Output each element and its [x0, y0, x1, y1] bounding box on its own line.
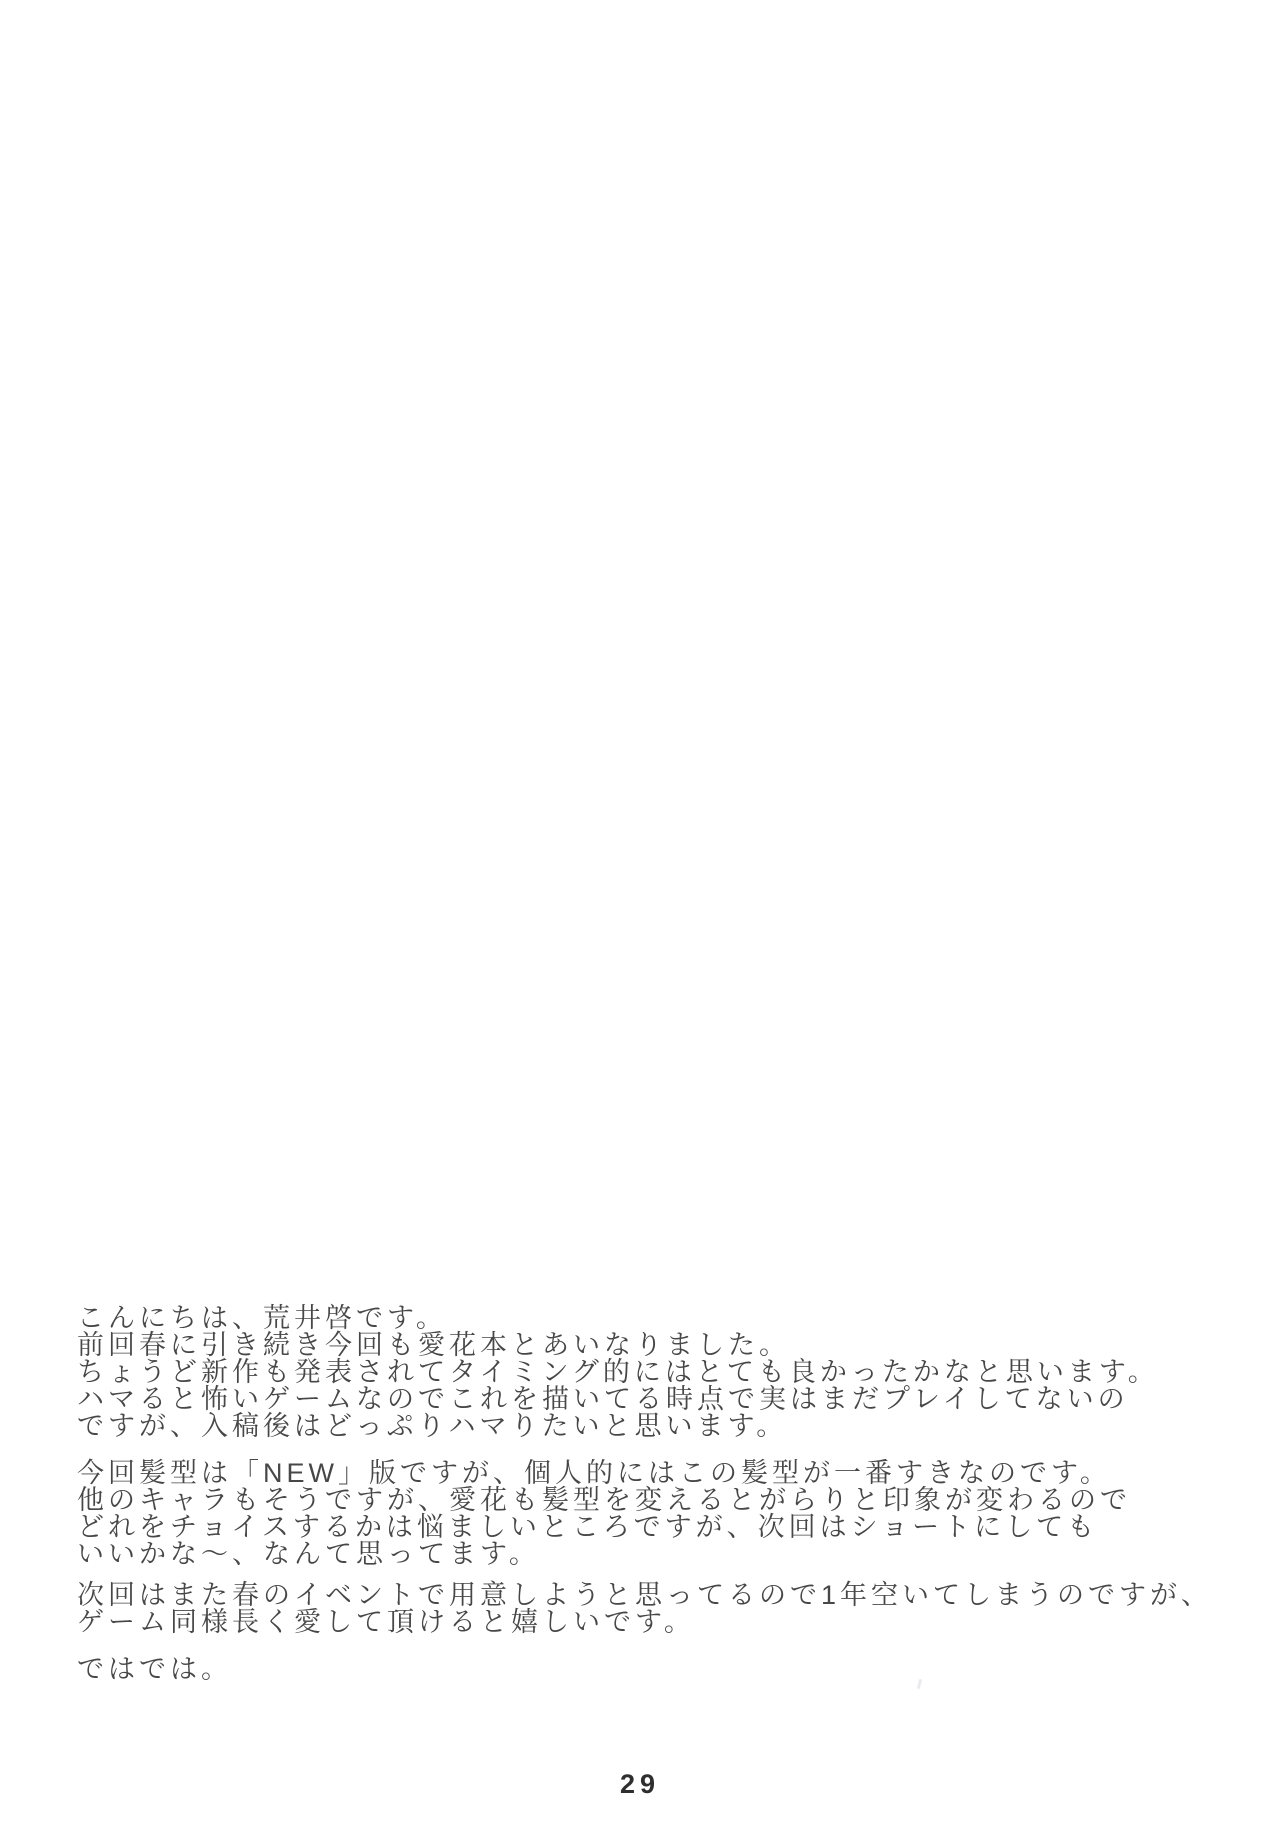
text-line: どれをチョイスするかは悩ましいところですが、次回はショートにしても	[77, 1514, 1212, 1541]
afterword-paragraph-4: ではでは。	[77, 1656, 1212, 1683]
afterword-paragraph-2: 今回髪型は「NEW」版ですが、個人的にはこの髪型が一番すきなのです。 他のキャラ…	[77, 1460, 1212, 1568]
text-line: ちょうど新作も発表されてタイミング的にはとても良かったかなと思います。	[77, 1359, 1212, 1386]
afterword-text-block: こんにちは、荒井啓です。 前回春に引き続き今回も愛花本とあいなりました。 ちょう…	[77, 1305, 1212, 1683]
afterword-paragraph-1: こんにちは、荒井啓です。 前回春に引き続き今回も愛花本とあいなりました。 ちょう…	[77, 1305, 1212, 1440]
afterword-paragraph-3: 次回はまた春のイベントで用意しようと思ってるので1年空いてしまうのですが、 ゲー…	[77, 1582, 1212, 1636]
text-line: 今回髪型は「NEW」版ですが、個人的にはこの髪型が一番すきなのです。	[77, 1460, 1212, 1487]
text-line: ですが、入稿後はどっぷりハマりたいと思います。	[77, 1413, 1212, 1440]
page-number: 29	[0, 1771, 1280, 1798]
text-line: 前回春に引き続き今回も愛花本とあいなりました。	[77, 1332, 1212, 1359]
text-line: いいかな〜、なんて思ってます。	[77, 1541, 1212, 1568]
text-line: こんにちは、荒井啓です。	[77, 1305, 1212, 1332]
text-line: ゲーム同様長く愛して頂けると嬉しいです。	[77, 1609, 1212, 1636]
scan-speck-artifact	[917, 1679, 922, 1689]
text-line: ではでは。	[77, 1656, 1212, 1683]
text-line: ハマると怖いゲームなのでこれを描いてる時点で実はまだプレイしてないの	[77, 1386, 1212, 1413]
text-line: 他のキャラもそうですが、愛花も髪型を変えるとがらりと印象が変わるので	[77, 1487, 1212, 1514]
text-line: 次回はまた春のイベントで用意しようと思ってるので1年空いてしまうのですが、	[77, 1582, 1212, 1609]
page-background: こんにちは、荒井啓です。 前回春に引き続き今回も愛花本とあいなりました。 ちょう…	[0, 0, 1280, 1830]
scanned-page: { "page": { "background_color": "#ffffff…	[0, 0, 1280, 1830]
